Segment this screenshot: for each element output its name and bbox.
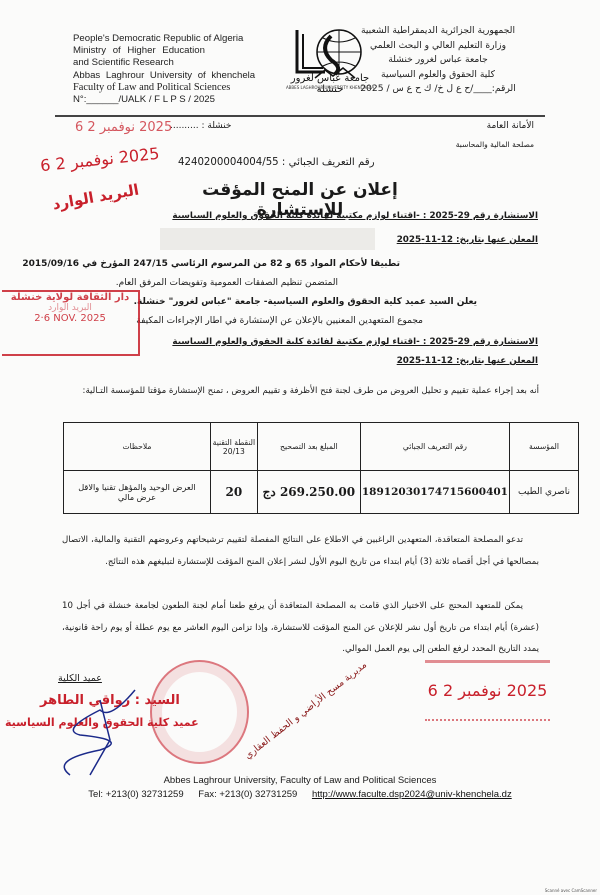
announcement-intro: يعلن السيد عميد كلية الحقوق والعلوم السي… <box>134 297 477 307</box>
announcement-date: المعلن عنها بتاريخ: 12-11-2025 <box>397 235 538 245</box>
english-letterhead: People's Democratic Republic of Algeria … <box>73 33 255 106</box>
appeal-paragraph: يمكن للمتعهد المحتج على الاختيار الذي قا… <box>62 596 539 661</box>
received-date-stamp: 2025 نوفمبر 2 6 <box>39 144 160 175</box>
footer-website-link[interactable]: http://www.faculte.dsp2024@univ-khenchel… <box>312 789 512 800</box>
arabic-ministry-line: وزارة التعليم العالي و البحث العلمي <box>338 39 538 54</box>
cell-company: ناصري الطيب <box>510 471 579 514</box>
legal-basis-cont: المتضمن تنظيم الصفقات العمومية وتفويضات … <box>116 278 338 288</box>
table-row: ناصري الطيب 18912030174715600401 269.250… <box>64 471 579 514</box>
ministry-line: Ministry of Higher Education <box>73 45 255 57</box>
header-fiscal-id: رقم التعريف الجبائي <box>360 423 509 471</box>
bottom-date: 2025 نوفمبر 2 6 <box>425 681 550 700</box>
award-table: المؤسسة رقم التعريف الجبائي المبلغ بعد ا… <box>63 422 579 514</box>
consultation-reference-2: الاستشارة رقم 29-2025 : -اقتناء لوازم مك… <box>172 337 538 347</box>
university-line: Abbas Laghrour University of khenchela <box>73 70 255 82</box>
table-header-row: المؤسسة رقم التعريف الجبائي المبلغ بعد ا… <box>64 423 579 471</box>
header-divider <box>55 115 545 117</box>
received-date-stamp-small: 2025 نوفمبر 2 6 <box>75 120 172 135</box>
announcement-date-2: المعلن عنها بتاريخ: 12-11-2025 <box>397 356 538 366</box>
arabic-faculty-line: كلية الحقوق والعلوم السياسية <box>338 68 538 83</box>
cell-fiscal-id: 18912030174715600401 <box>360 471 509 514</box>
footer-institution: Abbes Laghrour University, Faculty of La… <box>0 775 600 786</box>
footer-fax: Fax: +213(0) 32731259 <box>198 789 297 800</box>
legal-basis: تطبيقا لأحكام المواد 65 و 82 من المرسوم … <box>22 259 400 269</box>
incoming-mail-stamp: البريد الوارد <box>51 181 140 214</box>
faculty-line: Faculty of Law and Political Sciences <box>73 82 255 94</box>
consultation-reference: الاستشارة رقم 29-2025 : -اقتناء لوازم مك… <box>172 211 538 221</box>
scanner-watermark: Scanné avec CamScanner <box>545 888 597 893</box>
finance-service: مصلحة المالية والمحاسبة <box>456 140 534 149</box>
footer-tel: Tel: +213(0) 32731259 <box>88 789 183 800</box>
signature-icon <box>40 680 140 780</box>
ministry-line-2: and Scientific Research <box>73 57 255 69</box>
cell-score: 20 <box>210 471 257 514</box>
arabic-reference-number: الرقم:____/ح ع ل خ/ ك ح ع س / 2025 <box>338 82 538 97</box>
culture-mail-label: البريد الوارد <box>2 303 138 313</box>
header-technical-score: النقطة التقنية 20/13 <box>210 423 257 471</box>
country-line: People's Democratic Republic of Algeria <box>73 33 255 45</box>
cell-remarks: العرض الوحيد والمؤهل تقنيا والاقل عرض ما… <box>64 471 211 514</box>
award-paragraph: أنه بعد إجراء عملية تقييم و تحليل العروض… <box>62 380 539 402</box>
culture-house-name: دار الثقافة لولاية خنشلة <box>2 292 138 303</box>
culture-date: 2·6 NOV. 2025 <box>2 313 138 324</box>
fiscal-id: رقم التعريف الجبائي : 4240200004004/55 <box>178 157 375 168</box>
general-secretariat: الأمانة العامة <box>487 121 534 131</box>
arabic-university-line: جامعة عباس لغرور خنشلة <box>338 53 538 68</box>
bottom-date-stamp: 2025 نوفمبر 2 6 <box>425 660 550 721</box>
arabic-letterhead: الجمهورية الجزائرية الديمقراطية الشعبية … <box>338 24 538 97</box>
reference-number: N°:______/UALK / F L P S / 2025 <box>73 94 255 106</box>
cell-amount: 269.250.00 دج <box>257 471 360 514</box>
header-amount: المبلغ بعد التصحيح <box>257 423 360 471</box>
bidders-line: مجموع المتعهدين المعنيين بالإعلان عن الإ… <box>136 316 423 326</box>
land-directorate-stamp: مديرية مسح الأراضي و الحفظ العقاري <box>243 659 369 761</box>
official-seal-icon <box>150 660 249 764</box>
place-date: خنشلة : .......... <box>170 121 231 131</box>
culture-house-stamp: دار الثقافة لولاية خنشلة البريد الوارد 2… <box>2 290 140 356</box>
header-remarks: ملاحظات <box>64 423 211 471</box>
footer-contacts: Tel: +213(0) 32731259 Fax: +213(0) 32731… <box>0 789 600 800</box>
header-company: المؤسسة <box>510 423 579 471</box>
arabic-country-line: الجمهورية الجزائرية الديمقراطية الشعبية <box>338 24 538 39</box>
redacted-area <box>160 228 375 250</box>
results-consultation-paragraph: تدعو المصلحة المتعاقدة، المتعهدين الراغب… <box>62 530 539 573</box>
